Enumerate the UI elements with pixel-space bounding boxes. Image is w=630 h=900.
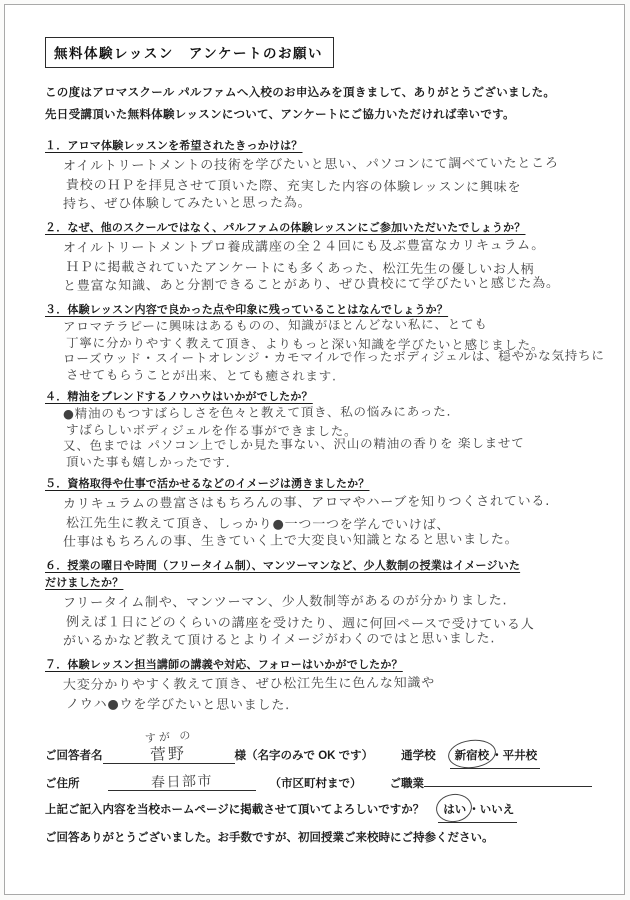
selected-school-circle-icon: 新宿校 [453,745,492,767]
question-5-answer: カリキュラムの豊富さはもちろんの事、アロマやハーブを知りつくされている. 松江先… [45,495,598,552]
question-6-heading: ６．授業の曜日や時間（フリータイム制）、マンツーマンなど、少人数制の授業はイメー… [45,558,598,592]
intro-line-1: この度はアロマスクール パルファムへ入校のお申込みを頂きまして、ありがとうござい… [45,82,598,104]
questionnaire-sheet: 無料体験レッスン アンケートのお願い この度はアロマスクール パルファムへ入校の… [4,4,625,895]
address-label: ご住所 [45,778,80,790]
answer-line: ノウハ●ウを学びたいと思いました. [66,695,601,717]
question-1: １．アロマ体験レッスンを希望されたきっかけは？ オイルトリートメントの技術を学び… [45,138,598,214]
respondent-name-value: 菅野 [150,744,187,764]
question-5-heading: ５．資格取得や仕事で活かせるなどのイメージは湧きましたか？ [45,476,598,493]
question-7-answer: 大変分かりやすく教えて頂き、ぜひ松江先生に色んな知識や ノウハ●ウを学びたいと思… [45,676,598,714]
consent-option-separator: ・ [468,804,480,816]
job-field [424,773,592,787]
question-1-heading: １．アロマ体験レッスンを希望されたきっかけは？ [45,138,598,155]
answer-line: 持ち、ぜひ体験してみたいと思った為。 [63,192,598,214]
answer-line: と豊富な知識、あと分割できることがあり、ぜひ貴校にて学びたいと感じた為。 [63,274,598,296]
school-option-hirai: 平井校 [503,750,538,762]
question-4: ４．精油をブレンドするノウハウはいかがでしたか？ ●精油のもつすばらしさを色々と… [45,389,598,470]
question-7: ７．体験レッスン担当講師の講義や対応、フォローはいかがでしたか？ 大変分かりやす… [45,657,598,714]
answer-line: アロマテラピーに興味はあるものの、知識がほとんどない私に、とても [63,316,598,335]
answer-line: させてもらうことが出来、とても癒されます. [66,367,601,386]
consent-option-yes: はい [443,804,466,816]
school-option-separator: ・ [491,750,503,762]
page-title: 無料体験レッスン アンケートのお願い [45,37,334,68]
answer-line: ●精油のもつすばらしさを色々と教えて頂き、私の悩みにあった. [63,403,598,422]
job-label: ご職業 [390,778,425,790]
name-suffix-note: 様（名字のみで OK です） [235,750,374,762]
question-7-heading: ７．体験レッスン担当講師の講義や対応、フォローはいかがでしたか？ [45,657,598,674]
question-2-heading: ２．なぜ、他のスクールではなく、パルファムの体験レッスンにご参加いただいたでしょ… [45,220,598,237]
answer-line: オイルトリートメントプロ養成講座の全２４回にも及ぶ豊富なカリキュラム。 [63,236,598,258]
address-note: （市区町村まで） [270,778,362,790]
answer-line: 仕事はもちろんの事、生きていく上で大変良い知識となると思いました。 [63,530,598,552]
intro-line-2: 先日受講頂いた無料体験レッスンについて、アンケートにご協力いただければ幸いです。 [45,104,598,126]
answer-line: がいるかなど教えて頂けるとよりイメージがわくのではと思いました. [63,629,598,651]
school-field: 新宿校・平井校 [450,745,541,769]
answer-line: 大変分かりやすく教えて頂き、ぜひ松江先生に色んな知識や [63,673,598,695]
school-option-shinjuku: 新宿校 [455,750,490,762]
intro-block: この度はアロマスクール パルファムへ入校のお申込みを頂きまして、ありがとうござい… [45,82,598,126]
address-field: 春日部市 [108,773,256,791]
consent-option-no: いいえ [480,804,515,816]
question-4-answer: ●精油のもつすばらしさを色々と教えて頂き、私の悩みにあった. すばらしいボディジ… [45,406,598,470]
consent-question: 上記ご記入内容を当校ホームページに掲載させて頂いてよろしいですか？ [45,804,424,816]
answer-line: 頂いた事も嬉しかったです. [66,454,601,473]
answer-line: 又、色までは パソコン上でしか見た事ない、沢山の精油の香りを 楽しませて [63,435,598,454]
answer-line: オイルトリートメントの技術を学びたいと思い、パソコンにて調べていたところ [63,154,598,176]
address-row: ご住所春日部市（市区町村まで）ご職業 [45,773,598,795]
answer-line: カリキュラムの豊富さはもちろんの事、アロマやハーブを知りつくされている. [63,492,598,514]
question-2-answer: オイルトリートメントプロ養成講座の全２４回にも及ぶ豊富なカリキュラム。 ＨＰに掲… [45,239,598,296]
answer-line: ローズウッド・スイートオレンジ・カモマイルで作ったボディジェルは、穏やかな気持ち… [63,348,598,367]
consent-row: 上記ご記入内容を当校ホームページに掲載させて頂いてよろしいですか？はい・いいえ [45,799,598,823]
answer-line: フリータイム制や、マンツーマン、少人数制等があるのが分かりました. [63,591,598,613]
question-3-answer: アロマテラピーに興味はあるものの、知識がほとんどない私に、とても 丁寧に分かりや… [45,319,598,383]
closing-note: ご回答ありがとうございました。お手数ですが、初回授業ご来校時にご持参ください。 [45,827,598,849]
respondent-name-field: すが の菅野 [103,744,235,764]
address-value: 春日部市 [150,772,212,793]
question-2: ２．なぜ、他のスクールではなく、パルファムの体験レッスンにご参加いただいたでしょ… [45,220,598,296]
consent-options: はい・いいえ [438,799,517,823]
school-label: 通学校 [401,750,436,762]
question-3: ３．体験レッスン内容で良かった点や印象に残っていることはなんでしょうか？ アロマ… [45,302,598,383]
question-1-answer: オイルトリートメントの技術を学びたいと思い、パソコンにて調べていたところ 貴校の… [45,157,598,214]
name-row: ご回答者名すが の菅野様（名字のみで OK です）通学校新宿校・平井校 [45,744,598,769]
question-5: ５．資格取得や仕事で活かせるなどのイメージは湧きましたか？ カリキュラムの豊富さ… [45,476,598,552]
question-6-answer: フリータイム制や、マンツーマン、少人数制等があるのが分かりました. 例えば１日に… [45,594,598,651]
name-label: ご回答者名 [45,750,103,762]
question-6: ６．授業の曜日や時間（フリータイム制）、マンツーマンなど、少人数制の授業はイメー… [45,558,598,651]
respondent-form: ご回答者名すが の菅野様（名字のみで OK です）通学校新宿校・平井校 ご住所春… [45,744,598,849]
consent-yes-circle-icon: はい [441,799,468,821]
